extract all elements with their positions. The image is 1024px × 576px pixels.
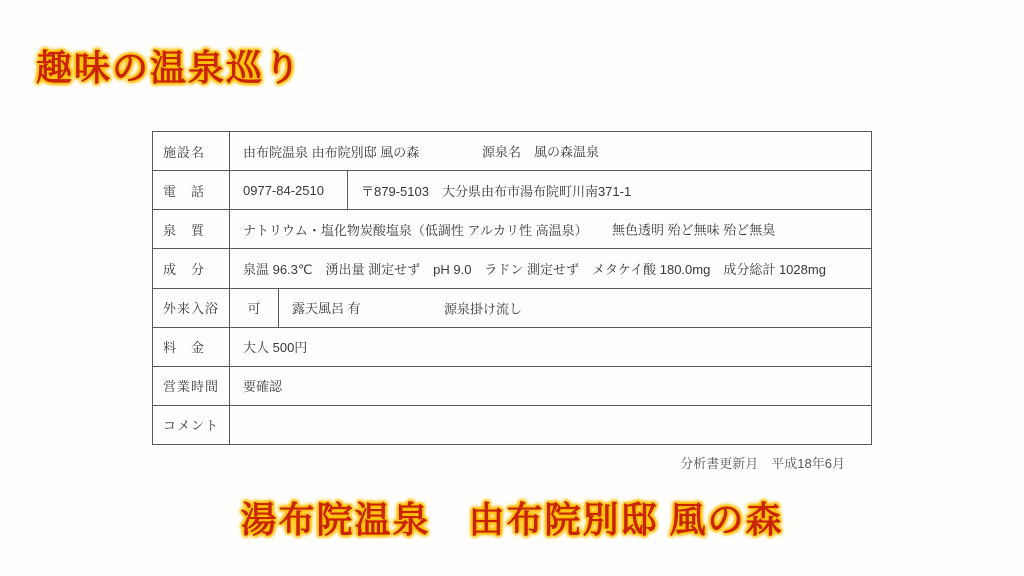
row-label-quality: 泉 質 xyxy=(153,210,230,248)
spring-appearance: 無色透明 殆ど無味 殆ど無臭 xyxy=(612,220,775,239)
row-label-visitor-bathing: 外来入浴 xyxy=(153,289,230,327)
composition-cell: 泉温 96.3℃ 湧出量 測定せず pH 9.0 ラドン 測定せず メタケイ酸 … xyxy=(230,249,871,287)
row-label-fee: 料 金 xyxy=(153,328,230,366)
table-row-hours: 営業時間 要確認 xyxy=(153,367,871,406)
spring-quality: ナトリウム・塩化物炭酸塩泉（低調性 アルカリ性 高温泉） xyxy=(243,220,588,239)
row-label-composition: 成 分 xyxy=(153,249,230,287)
facility-title: 湯布院温泉 由布院別邸 風の森 xyxy=(0,492,1024,543)
spring-quality-cell: ナトリウム・塩化物炭酸塩泉（低調性 アルカリ性 高温泉） 無色透明 殆ど無味 殆… xyxy=(230,210,871,248)
table-row-composition: 成 分 泉温 96.3℃ 湧出量 測定せず pH 9.0 ラドン 測定せず メタ… xyxy=(153,249,871,288)
bath-details-cell: 露天風呂 有 源泉掛け流し xyxy=(279,289,871,327)
bathing-permitted-cell: 可 xyxy=(230,289,279,327)
onsen-info-table: 施設名 由布院温泉 由布院別邸 風の森 源泉名 風の森温泉 電 話 0977-8… xyxy=(152,131,872,445)
facility-name: 由布院温泉 由布院別邸 風の森 xyxy=(243,142,419,161)
open-air-bath: 露天風呂 有 xyxy=(292,298,361,317)
fee-cell: 大人 500円 xyxy=(230,328,871,366)
source-name: 源泉名 風の森温泉 xyxy=(482,142,599,161)
table-row-comment: コメント xyxy=(153,406,871,444)
comment-cell xyxy=(230,406,871,444)
hours-cell: 要確認 xyxy=(230,367,871,405)
flow-type: 源泉掛け流し xyxy=(444,298,522,317)
row-label-facility: 施設名 xyxy=(153,132,230,170)
facility-name-cell: 由布院温泉 由布院別邸 風の森 源泉名 風の森温泉 xyxy=(230,132,871,170)
row-label-phone: 電 話 xyxy=(153,171,230,209)
page-title: 趣味の温泉巡り xyxy=(36,40,302,91)
table-row-visitor-bathing: 外来入浴 可 露天風呂 有 源泉掛け流し xyxy=(153,289,871,328)
analysis-update-note: 分析書更新月 平成18年6月 xyxy=(680,453,845,472)
table-row-facility: 施設名 由布院温泉 由布院別邸 風の森 源泉名 風の森温泉 xyxy=(153,132,871,171)
table-row-fee: 料 金 大人 500円 xyxy=(153,328,871,367)
row-label-hours: 営業時間 xyxy=(153,367,230,405)
table-row-phone: 電 話 0977-84-2510 〒879-5103 大分県由布市湯布院町川南3… xyxy=(153,171,871,210)
row-label-comment: コメント xyxy=(153,406,230,444)
address-cell: 〒879-5103 大分県由布市湯布院町川南371-1 xyxy=(348,171,871,209)
phone-number-cell: 0977-84-2510 xyxy=(230,171,348,209)
slide-page: 趣味の温泉巡り 施設名 由布院温泉 由布院別邸 風の森 源泉名 風の森温泉 電 … xyxy=(0,0,1024,576)
table-row-quality: 泉 質 ナトリウム・塩化物炭酸塩泉（低調性 アルカリ性 高温泉） 無色透明 殆ど… xyxy=(153,210,871,249)
